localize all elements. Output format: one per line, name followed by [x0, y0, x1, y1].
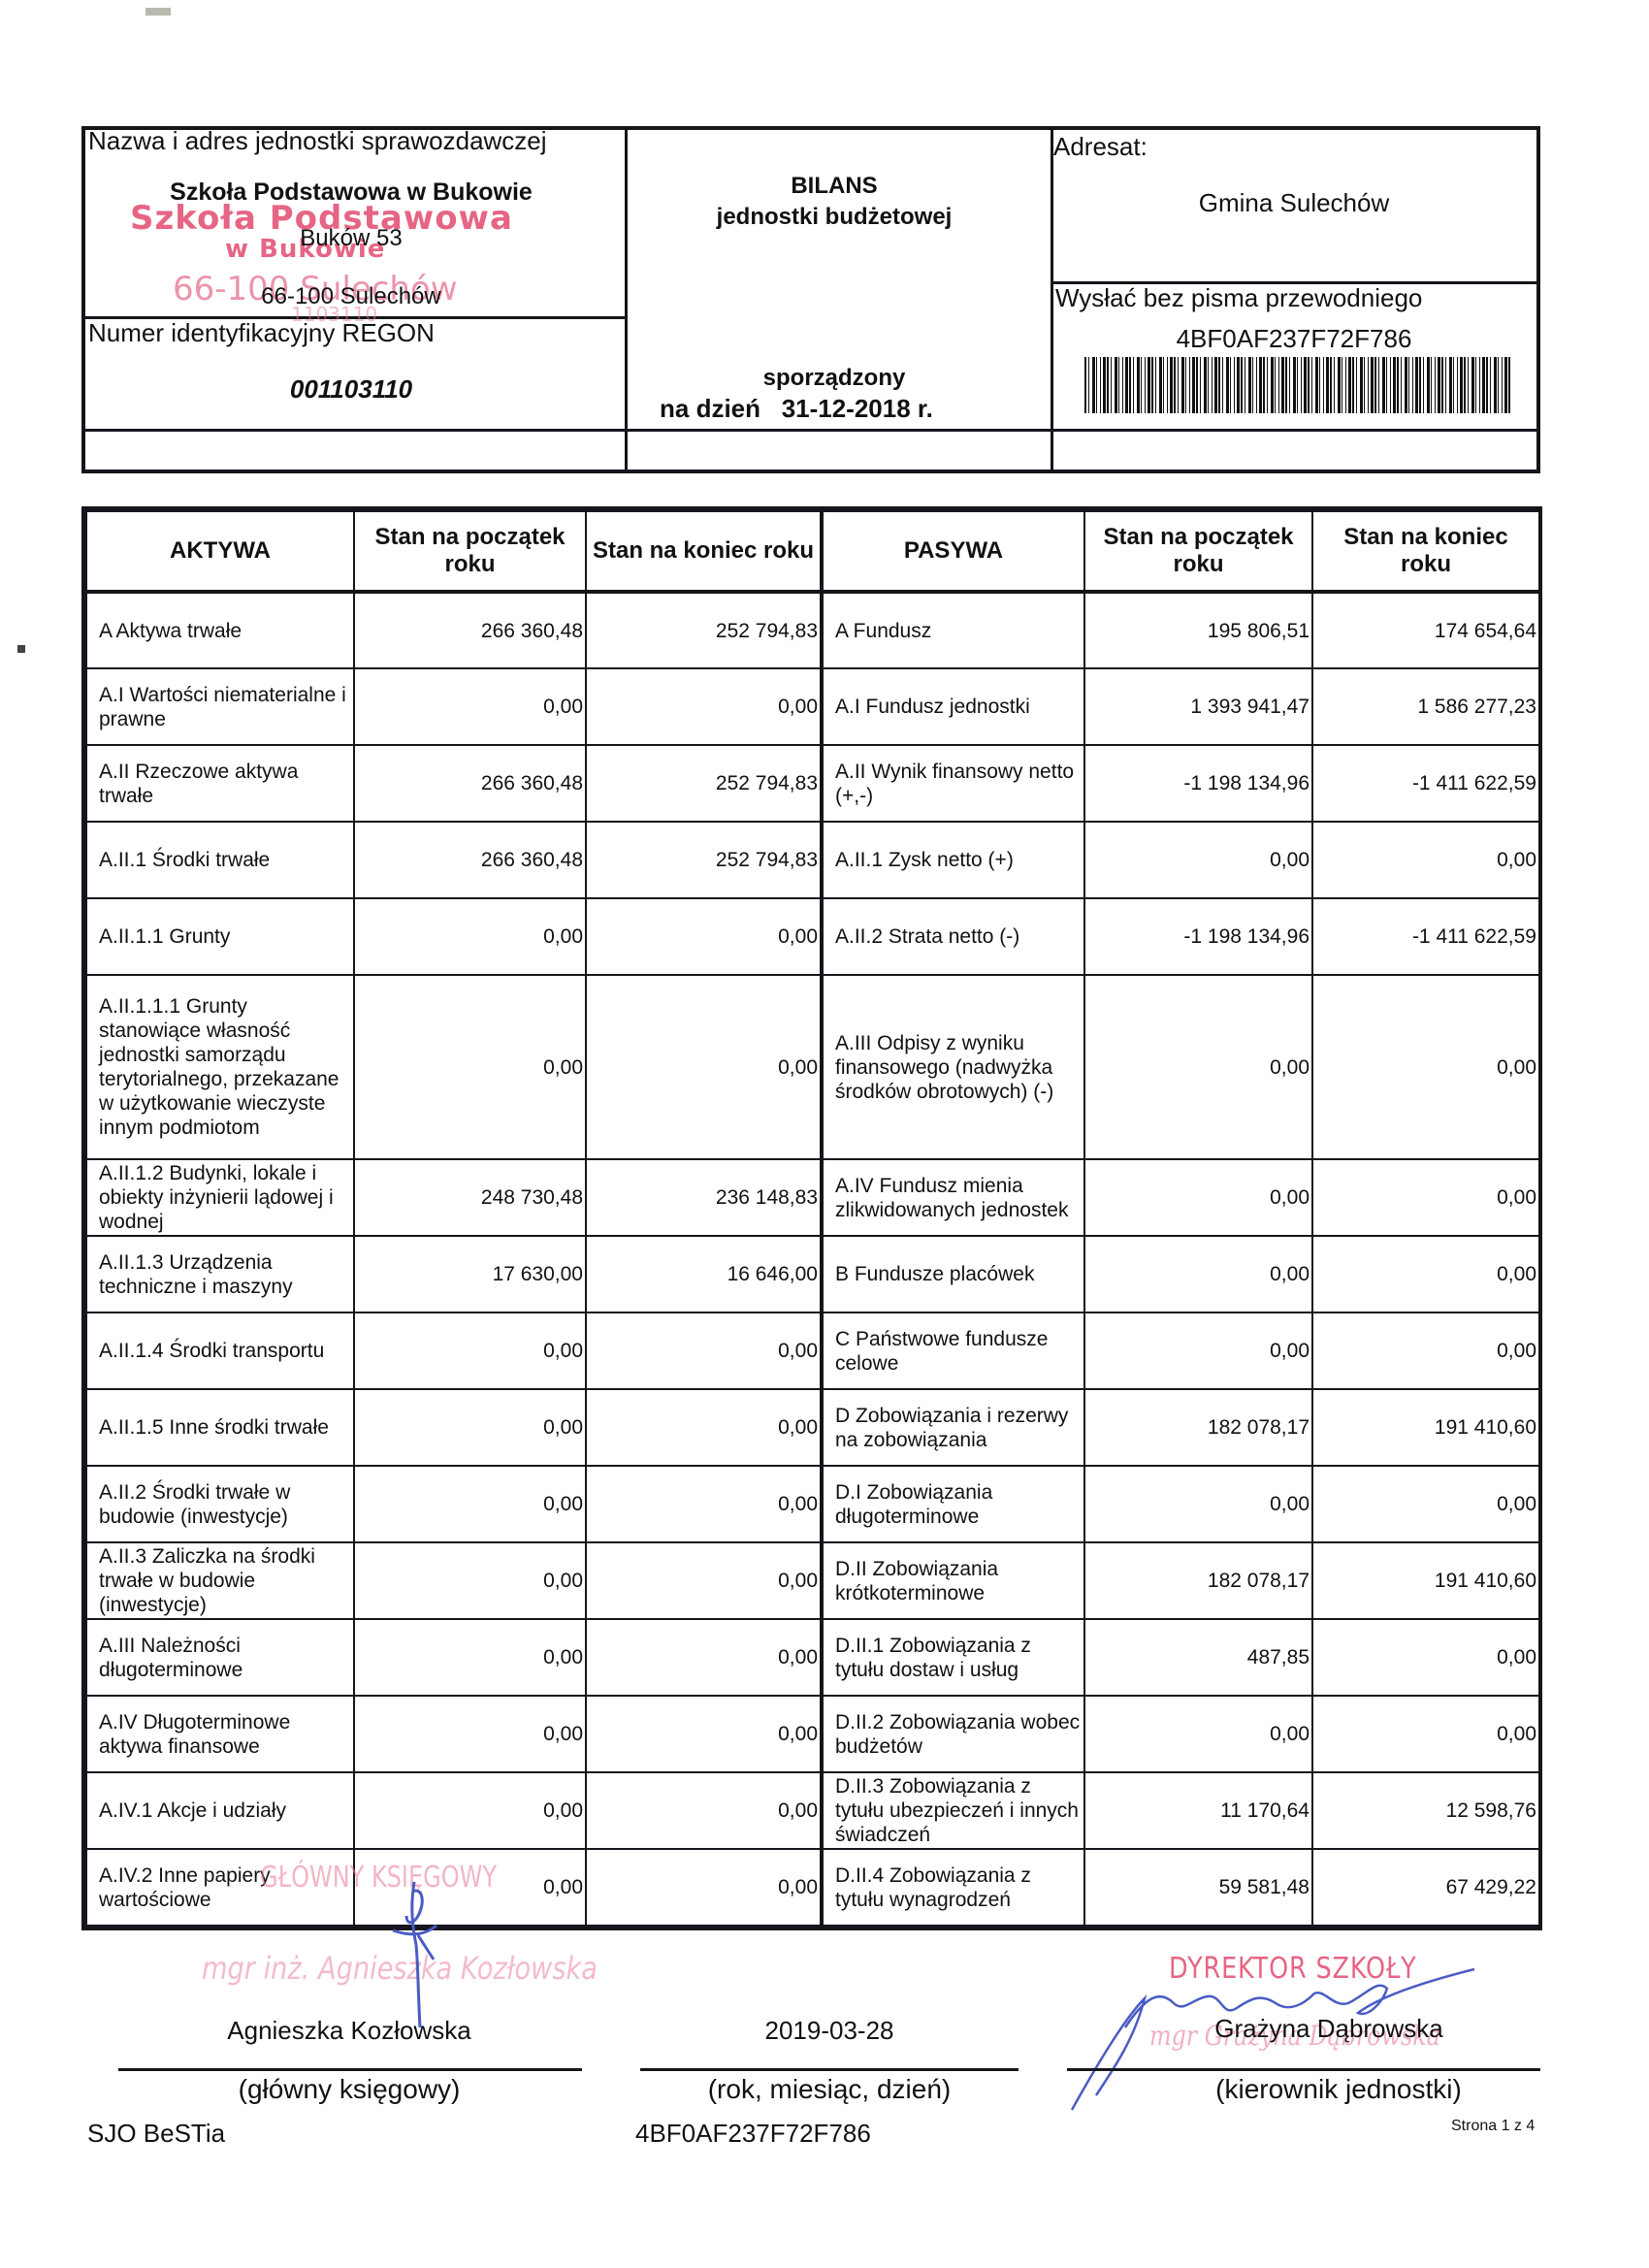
- unit-label: Nazwa i adres jednostki sprawozdawczej: [88, 126, 547, 156]
- asset-end-value: 252 794,83: [586, 822, 822, 898]
- liability-end-value: 191 410,60: [1312, 1542, 1539, 1619]
- liability-label: D.I Zobowiązania długoterminowe: [822, 1466, 1084, 1542]
- director-signature-line: [1067, 2068, 1540, 2071]
- asset-end-value: 0,00: [586, 1849, 822, 1926]
- unit-city: 66-100 Sulechów: [81, 283, 621, 310]
- asset-start-value: 0,00: [354, 1312, 586, 1389]
- liability-start-value: -1 198 134,96: [1084, 745, 1312, 822]
- asset-end-value: 236 148,83: [586, 1159, 822, 1236]
- asset-label: A Aktywa trwałe: [86, 592, 354, 668]
- liability-end-value: 0,00: [1312, 1236, 1539, 1312]
- date-prefix: na dzień: [660, 394, 760, 423]
- asset-end-value: 0,00: [586, 668, 822, 745]
- liability-start-value: 0,00: [1084, 822, 1312, 898]
- liability-label: A Fundusz: [822, 592, 1084, 668]
- liability-end-value: 0,00: [1312, 822, 1539, 898]
- asset-start-value: 0,00: [354, 898, 586, 975]
- liability-end-value: 0,00: [1312, 1312, 1539, 1389]
- liability-label: D.II.1 Zobowiązania z tytułu dostaw i us…: [822, 1619, 1084, 1696]
- table-row: A.II.1.4 Środki transportu0,000,00C Pańs…: [86, 1312, 1539, 1389]
- table-row: A.II.2 Środki trwałe w budowie (inwestyc…: [86, 1466, 1539, 1542]
- asset-start-value: 0,00: [354, 1542, 586, 1619]
- liability-label: A.II.2 Strata netto (-): [822, 898, 1084, 975]
- header-assets-end: Stan na koniec roku: [586, 511, 822, 592]
- balance-sheet-table: AKTYWA Stan na początek roku Stan na kon…: [81, 506, 1542, 1930]
- asset-end-value: 252 794,83: [586, 745, 822, 822]
- balance-date: na dzień 31-12-2018 r.: [660, 394, 933, 424]
- table-row: A.IV Długoterminowe aktywa finansowe0,00…: [86, 1696, 1539, 1772]
- asset-start-value: 0,00: [354, 1389, 586, 1466]
- asset-label: A.II.1.2 Budynki, lokale i obiekty inżyn…: [86, 1159, 354, 1236]
- asset-label: A.II.1.3 Urządzenia techniczne i maszyny: [86, 1236, 354, 1312]
- liability-end-value: 0,00: [1312, 975, 1539, 1159]
- liability-end-value: 67 429,22: [1312, 1849, 1539, 1926]
- document-code: 4BF0AF237F72F786: [1048, 324, 1540, 354]
- table-row: A.II Rzeczowe aktywa trwałe266 360,48252…: [86, 745, 1539, 822]
- liability-end-value: 1 586 277,23: [1312, 668, 1539, 745]
- document-subtitle: jednostki budżetowej: [621, 204, 1048, 231]
- table-row: A.II.1.1 Grunty0,000,00A.II.2 Strata net…: [86, 898, 1539, 975]
- liability-label: C Państwowe fundusze celowe: [822, 1312, 1084, 1389]
- asset-start-value: 266 360,48: [354, 745, 586, 822]
- scan-speck: [145, 8, 171, 16]
- liability-end-value: 12 598,76: [1312, 1772, 1539, 1849]
- unit-street: Buków 53: [81, 225, 621, 252]
- scan-speck: [17, 645, 25, 653]
- asset-label: A.II.1.4 Środki transportu: [86, 1312, 354, 1389]
- liability-end-value: -1 411 622,59: [1312, 745, 1539, 822]
- table-row: A.II.1.3 Urządzenia techniczne i maszyny…: [86, 1236, 1539, 1312]
- asset-end-value: 0,00: [586, 1619, 822, 1696]
- liability-label: A.IV Fundusz mienia zlikwidowanych jedno…: [822, 1159, 1084, 1236]
- asset-end-value: 16 646,00: [586, 1236, 822, 1312]
- asset-end-value: 0,00: [586, 1696, 822, 1772]
- accountant-signature: [383, 1877, 451, 2032]
- liability-start-value: 487,85: [1084, 1619, 1312, 1696]
- liability-label: A.I Fundusz jednostki: [822, 668, 1084, 745]
- asset-label: A.II.1 Środki trwałe: [86, 822, 354, 898]
- asset-label: A.II Rzeczowe aktywa trwałe: [86, 745, 354, 822]
- director-name: Grażyna Dąbrowska: [1169, 2014, 1489, 2044]
- asset-end-value: 0,00: [586, 1466, 822, 1542]
- liability-start-value: -1 198 134,96: [1084, 898, 1312, 975]
- asset-start-value: 0,00: [354, 1466, 586, 1542]
- asset-label: A.II.3 Zaliczka na środki trwałe w budow…: [86, 1542, 354, 1619]
- liability-start-value: 0,00: [1084, 1312, 1312, 1389]
- asset-end-value: 0,00: [586, 975, 822, 1159]
- liability-label: A.III Odpisy z wyniku finansowego (nadwy…: [822, 975, 1084, 1159]
- asset-start-value: 0,00: [354, 1696, 586, 1772]
- asset-label: A.II.1.1 Grunty: [86, 898, 354, 975]
- addressee-label: Adresat:: [1053, 132, 1148, 162]
- header-liabilities: PASYWA: [822, 511, 1084, 592]
- liability-end-value: -1 411 622,59: [1312, 898, 1539, 975]
- asset-label: A.IV.1 Akcje i udziały: [86, 1772, 354, 1849]
- table-row: A.III Należności długoterminowe0,000,00D…: [86, 1619, 1539, 1696]
- liability-start-value: 0,00: [1084, 1236, 1312, 1312]
- asset-start-value: 266 360,48: [354, 592, 586, 668]
- send-note: Wysłać bez pisma przewodniego: [1055, 283, 1422, 313]
- header-assets: AKTYWA: [86, 511, 354, 592]
- liability-label: A.II.1 Zysk netto (+): [822, 822, 1084, 898]
- date-caption: (rok, miesiąc, dzień): [640, 2074, 1018, 2105]
- asset-end-value: 0,00: [586, 1542, 822, 1619]
- asset-start-value: 0,00: [354, 975, 586, 1159]
- accountant-signature-line: [118, 2068, 582, 2071]
- liability-start-value: 0,00: [1084, 1696, 1312, 1772]
- liability-start-value: 182 078,17: [1084, 1542, 1312, 1619]
- asset-end-value: 252 794,83: [586, 592, 822, 668]
- asset-label: A.II.1.1.1 Grunty stanowiące własność je…: [86, 975, 354, 1159]
- liability-label: B Fundusze placówek: [822, 1236, 1084, 1312]
- liability-start-value: 195 806,51: [1084, 592, 1312, 668]
- signing-date: 2019-03-28: [640, 2016, 1018, 2046]
- asset-start-value: 17 630,00: [354, 1236, 586, 1312]
- asset-label: A.II.1.5 Inne środki trwałe: [86, 1389, 354, 1466]
- prepared-label: sporządzony: [621, 365, 1048, 392]
- accountant-role: (główny księgowy): [116, 2074, 582, 2105]
- table-row: A.IV.1 Akcje i udziały0,000,00D.II.3 Zob…: [86, 1772, 1539, 1849]
- date-value: 31-12-2018 r.: [782, 394, 933, 423]
- regon-label: Numer identyfikacyjny REGON: [88, 318, 435, 348]
- asset-label: A.II.2 Środki trwałe w budowie (inwestyc…: [86, 1466, 354, 1542]
- asset-label: A.III Należności długoterminowe: [86, 1619, 354, 1696]
- table-header-row: AKTYWA Stan na początek roku Stan na kon…: [86, 511, 1539, 592]
- asset-start-value: 248 730,48: [354, 1159, 586, 1236]
- table-row: A.II.1.2 Budynki, lokale i obiekty inżyn…: [86, 1159, 1539, 1236]
- regon-value: 001103110: [81, 374, 621, 405]
- unit-name: Szkoła Podstawowa w Bukowie: [81, 178, 621, 207]
- asset-start-value: 0,00: [354, 1772, 586, 1849]
- liability-start-value: 182 078,17: [1084, 1389, 1312, 1466]
- asset-label: A.IV Długoterminowe aktywa finansowe: [86, 1696, 354, 1772]
- asset-start-value: 0,00: [354, 668, 586, 745]
- accountant-name: Agnieszka Kozłowska: [116, 2016, 582, 2046]
- table-row: A.II.1.1.1 Grunty stanowiące własność je…: [86, 975, 1539, 1159]
- liability-start-value: 59 581,48: [1084, 1849, 1312, 1926]
- table-row: A.II.1.5 Inne środki trwałe0,000,00D Zob…: [86, 1389, 1539, 1466]
- table-row: A.II.3 Zaliczka na środki trwałe w budow…: [86, 1542, 1539, 1619]
- liability-start-value: 0,00: [1084, 975, 1312, 1159]
- table-row: A Aktywa trwałe266 360,48252 794,83A Fun…: [86, 592, 1539, 668]
- document-title: BILANS: [621, 173, 1048, 200]
- barcode: [1084, 357, 1511, 413]
- asset-start-value: 266 360,48: [354, 822, 586, 898]
- liability-end-value: 0,00: [1312, 1159, 1539, 1236]
- asset-label: A.I Wartości niematerialne i prawne: [86, 668, 354, 745]
- liability-end-value: 0,00: [1312, 1619, 1539, 1696]
- asset-end-value: 0,00: [586, 1772, 822, 1849]
- asset-end-value: 0,00: [586, 1312, 822, 1389]
- liability-label: D.II.2 Zobowiązania wobec budżetów: [822, 1696, 1084, 1772]
- liability-start-value: 0,00: [1084, 1466, 1312, 1542]
- header-liabilities-start: Stan na początek roku: [1084, 511, 1312, 592]
- page-indicator: Strona 1 z 4: [1451, 2118, 1535, 2135]
- asset-end-value: 0,00: [586, 898, 822, 975]
- asset-end-value: 0,00: [586, 1389, 822, 1466]
- header-liabilities-end: Stan na koniec roku: [1312, 511, 1539, 592]
- director-role: (kierownik jednostki): [1179, 2074, 1499, 2105]
- footer-document-code: 4BF0AF237F72F786: [635, 2119, 871, 2149]
- liability-end-value: 0,00: [1312, 1696, 1539, 1772]
- asset-start-value: 0,00: [354, 1619, 586, 1696]
- liability-label: D.II.4 Zobowiązania z tytułu wynagrodzeń: [822, 1849, 1084, 1926]
- software-name: SJO BeSTia: [87, 2119, 225, 2149]
- addressee-value: Gmina Sulechów: [1048, 188, 1540, 218]
- liability-start-value: 0,00: [1084, 1159, 1312, 1236]
- liability-end-value: 174 654,64: [1312, 592, 1539, 668]
- accountant-stamp-title: GŁÓWNY KSIĘGOWY: [260, 1861, 497, 1895]
- table-row: A.II.1 Środki trwałe266 360,48252 794,83…: [86, 822, 1539, 898]
- liability-label: A.II Wynik finansowy netto (+,-): [822, 745, 1084, 822]
- liability-label: D.II.3 Zobowiązania z tytułu ubezpieczeń…: [822, 1772, 1084, 1849]
- header-assets-start: Stan na początek roku: [354, 511, 586, 592]
- liability-start-value: 11 170,64: [1084, 1772, 1312, 1849]
- liability-label: D.II Zobowiązania krótkoterminowe: [822, 1542, 1084, 1619]
- table-row: A.I Wartości niematerialne i prawne0,000…: [86, 668, 1539, 745]
- liability-label: D Zobowiązania i rezerwy na zobowiązania: [822, 1389, 1084, 1466]
- liability-start-value: 1 393 941,47: [1084, 668, 1312, 745]
- date-signature-line: [640, 2068, 1018, 2071]
- liability-end-value: 0,00: [1312, 1466, 1539, 1542]
- liability-end-value: 191 410,60: [1312, 1389, 1539, 1466]
